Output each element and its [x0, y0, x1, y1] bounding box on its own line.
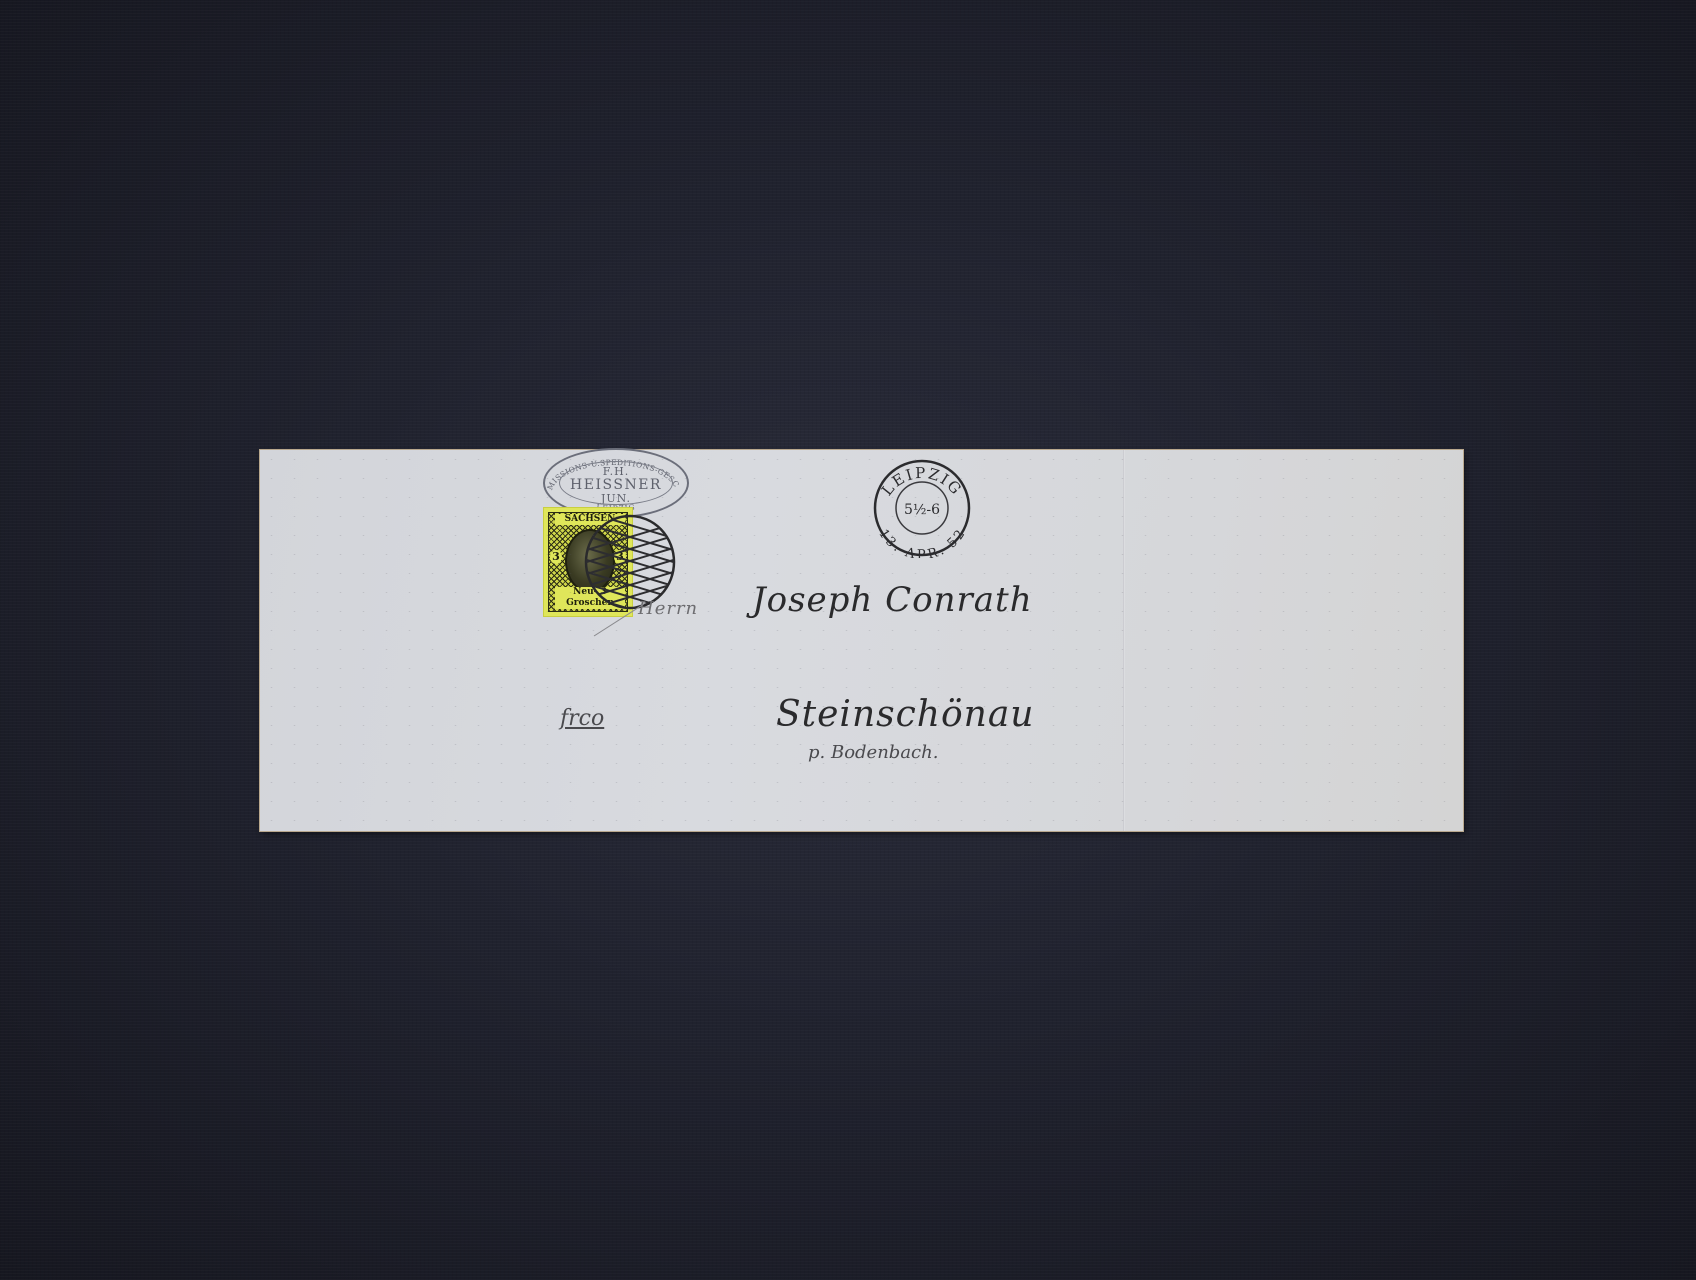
svg-text:13. APR. 52: 13. APR. 52	[875, 527, 969, 558]
franking-note: frco	[560, 706, 604, 731]
svg-text:LEIPZIG: LEIPZIG	[878, 464, 966, 499]
cachet-line-1: F.H.	[545, 465, 687, 478]
leipzig-postmark: LEIPZIG 13. APR. 52 5½-6	[872, 458, 972, 558]
cachet-line-3: JUN.	[545, 492, 687, 505]
letter-cover: COMMISSIONS-U.SPEDITIONS-GESCHÄFT LEIPZI…	[260, 450, 1463, 831]
svg-text:5½-6: 5½-6	[904, 502, 940, 518]
destination-town: Steinschönau	[776, 694, 1034, 735]
pen-flourish-icon	[590, 600, 650, 640]
routing-note: p. Bodenbach.	[808, 742, 938, 763]
addressee-name: Joseph Conrath	[752, 580, 1033, 620]
cachet-line-2: HEISSNER	[545, 477, 687, 493]
